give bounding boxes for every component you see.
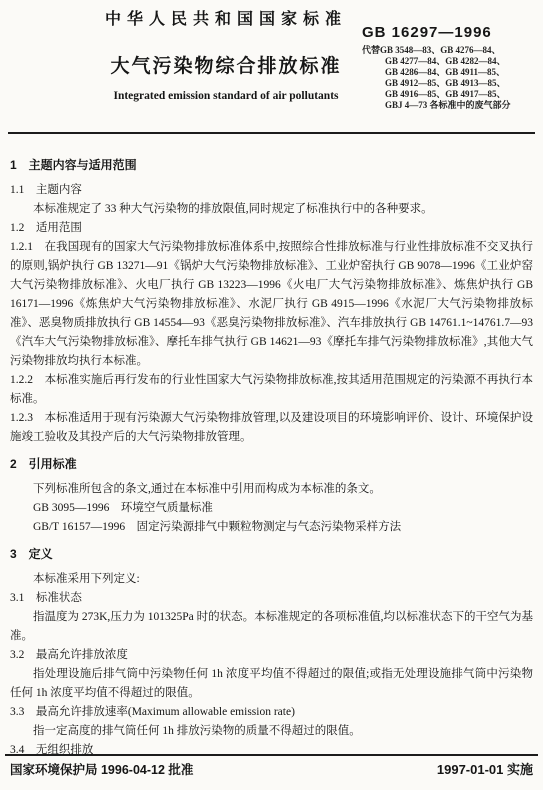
section-heading: 2 引用标准 [10, 455, 533, 474]
section-heading: 1 主题内容与适用范围 [10, 156, 533, 175]
paragraph: 1.2.2 本标准实施后再行发布的行业性国家大气污染物排放标准,按其适用范围规定… [10, 371, 533, 409]
section-heading: 3 定义 [10, 545, 533, 564]
clause-heading: 3.1 标准状态 [10, 589, 533, 608]
clause-heading: 1.2 适用范围 [10, 219, 533, 238]
approval-date: 国家环境保护局 1996-04-12 批准 [10, 760, 193, 778]
implementation-date: 1997-01-01 实施 [437, 759, 533, 778]
document-page: 中华人民共和国国家标准 GB 16297—1996 代替GB 3548—83、G… [0, 0, 543, 790]
clause-heading: 3.4 无组织排放 [10, 741, 533, 760]
standard-number: GB 16297—1996 [362, 24, 492, 41]
reference-item: GB/T 16157—1996 固定污染源排气中颗粒物测定与气态污染物采样方法 [10, 518, 533, 537]
body-blocks: 1 主题内容与适用范围1.1 主题内容本标准规定了 33 种大气污染物的排放限值… [10, 150, 533, 760]
replaced-standards-line: GB 4912—85、GB 4913—85、 [362, 78, 511, 89]
clause-heading: 3.3 最高允许排放速率(Maximum allowable emission … [10, 703, 533, 722]
footer-divider [5, 754, 538, 756]
paragraph: 1.2.3 本标准适用于现有污染源大气污染物排放管理,以及建设项目的环境影响评价… [10, 409, 533, 447]
paragraph: 指一定高度的排气筒任何 1h 排放污染物的质量不得超过的限值。 [10, 722, 533, 741]
header-divider [8, 132, 535, 134]
paragraph: 指处理设施后排气筒中污染物任何 1h 浓度平均值不得超过的限值;或指无处理设施排… [10, 665, 533, 703]
paragraph: 1.2.1 在我国现有的国家大气污染物排放标准体系中,按照综合性排放标准与行业性… [10, 238, 533, 371]
paragraph: 本标准规定了 33 种大气污染物的排放限值,同时规定了标准执行中的各种要求。 [10, 200, 533, 219]
clause-heading: 3.2 最高允许排放浓度 [10, 646, 533, 665]
document-title-chinese: 大气污染物综合排放标准 [0, 51, 452, 78]
clause-heading: 1.1 主题内容 [10, 181, 533, 200]
document-title-english: Integrated emission standard of air poll… [0, 90, 452, 102]
paragraph: 本标准采用下列定义: [10, 570, 533, 589]
reference-item: GB 3095—1996 环境空气质量标准 [10, 499, 533, 518]
paragraph: 指温度为 273K,压力为 101325Pa 时的状态。本标准规定的各项标准值,… [10, 608, 533, 646]
paragraph: 下列标准所包含的条文,通过在本标准中引用而构成为本标准的条文。 [10, 480, 533, 499]
